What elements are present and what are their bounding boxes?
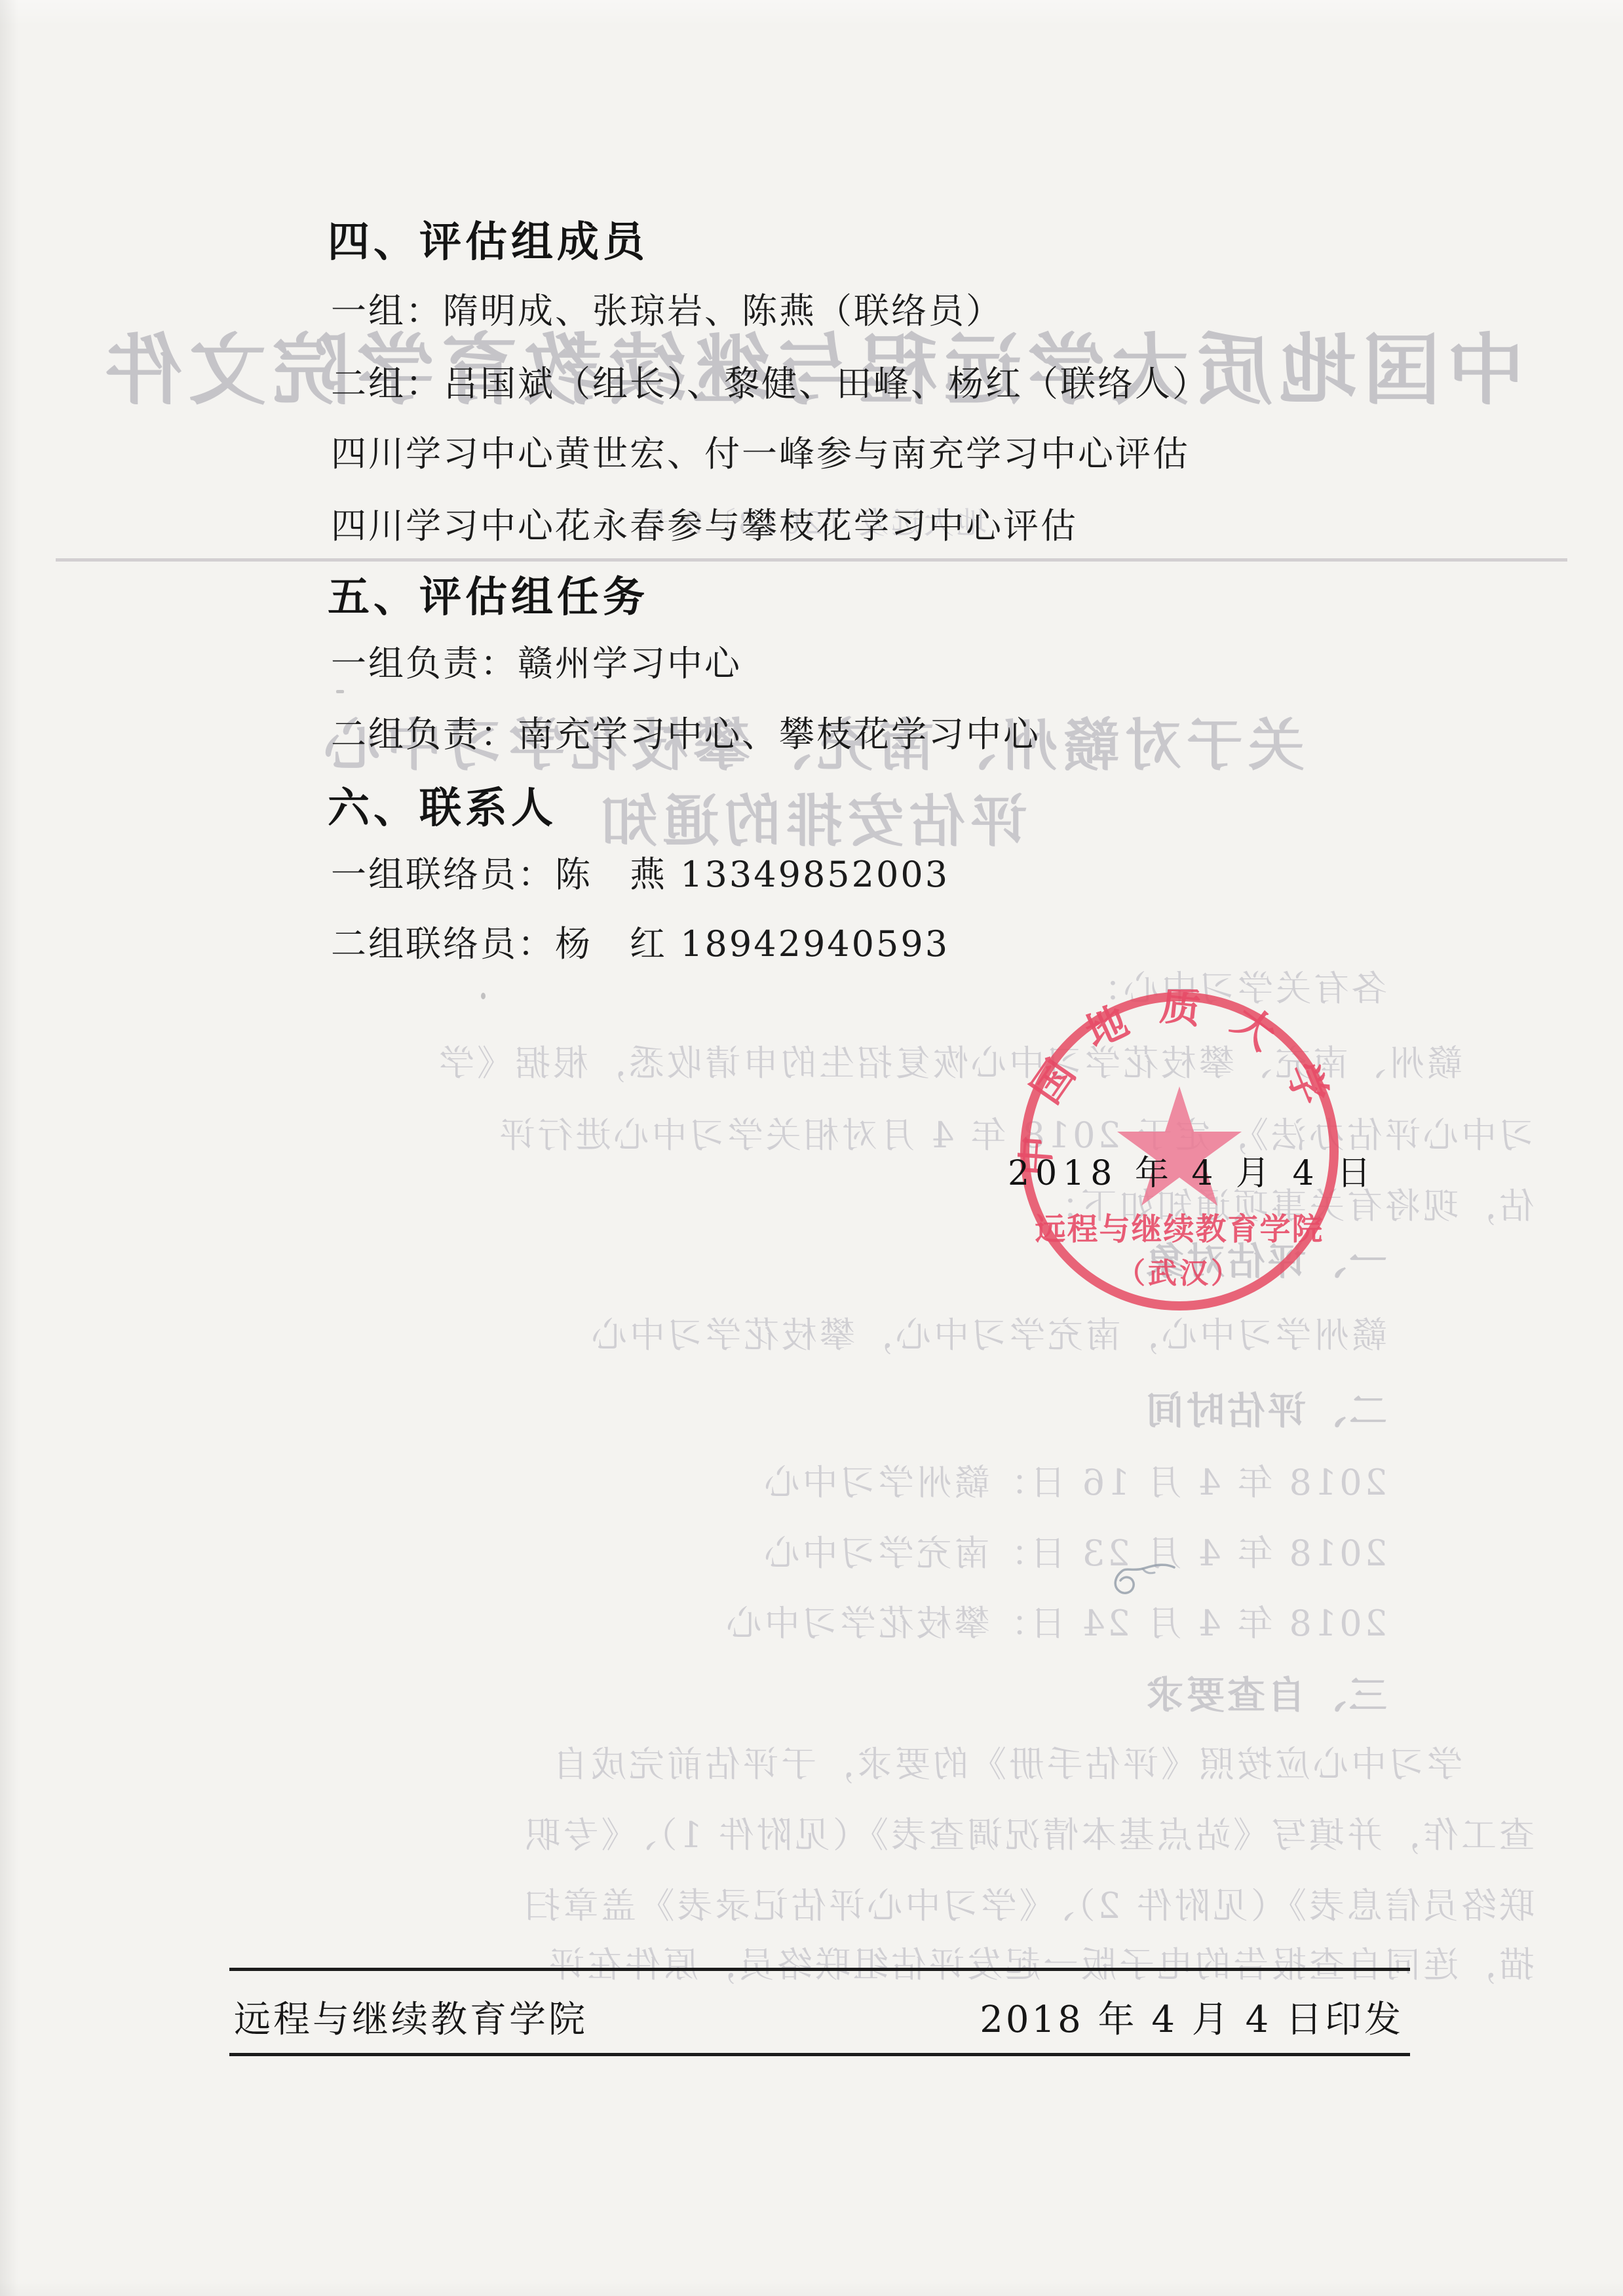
scanned-document-page: { "document": { "sections": [ { "heading… (0, 0, 1623, 2296)
bleed-heading-3: 三、自查要求 (1143, 1664, 1387, 1719)
bleed-heading1-body: 赣州学习中心，南充学习中心，攀枝花学习中心 (589, 1307, 1387, 1358)
section5-line-1: 一组负责：赣州学习中心 (331, 636, 742, 686)
bleed-para2-line4: 描，连同自查报告的电子版一起发评估组联络员，原件在评 (546, 1937, 1535, 1987)
section6-heading: 六、联系人 (328, 775, 557, 835)
section4-line-4: 四川学习中心花永春参与攀枝花学习中心评估 (331, 498, 1078, 548)
footer-issuing-unit: 远程与继续教育学院 (234, 1991, 588, 2043)
bleed-para2-line1: 学习中心应按照《评估手册》的要求，于评估前完成自 (550, 1736, 1462, 1787)
scan-speck (336, 690, 344, 693)
bleed-doc-title-2: 评估安排的通知 (0, 776, 1623, 857)
bleed-time-line2: 2018 年 4 月 23 日：南充学习中心 (762, 1525, 1387, 1576)
pencil-scribble-mark (1106, 1557, 1178, 1603)
section5-heading: 五、评估组任务 (328, 564, 649, 624)
bleed-letterhead-rule (56, 558, 1567, 562)
bleedthrough-layer: 中国地质大学远程与继续教育学院文件 地大远发〔2018〕9 号 关于对赣州、南充… (0, 0, 1623, 2296)
bleed-para2-line2: 查工作，并填写《站点基本情况调查表》（见附件 1）、《专职 (522, 1807, 1535, 1858)
scan-speck (481, 993, 486, 999)
bleed-time-line3: 2018 年 4 月 24 日：攀枝花学习中心 (724, 1596, 1387, 1646)
section6-line-2: 二组联络员：杨 红 18942940593 (331, 916, 949, 966)
section6-line-1: 一组联络员：陈 燕 13349852003 (331, 847, 949, 897)
section5-line-2: 二组负责：南充学习中心、攀枝花学习中心 (331, 706, 1041, 757)
bleed-time-line1: 2018 年 4 月 16 日：赣州学习中心 (762, 1455, 1387, 1505)
section4-line-1: 一组：隋明成、张琼岩、陈燕（联络员） (331, 283, 1003, 334)
bleed-para2-line3: 联络员信息表》（见附件 2）、《学习中心评估记录表》盖章扫 (522, 1878, 1535, 1928)
seal-line1: 远程与继续教育学院 (1035, 1212, 1324, 1248)
footer-rule-top (229, 1968, 1410, 1971)
issue-date: 2018 年 4 月 4 日 (1008, 1145, 1377, 1195)
section4-line-3: 四川学习中心黄世宏、付一峰参与南充学习中心评估 (331, 426, 1190, 476)
section4-line-2: 二组：吕国斌（组长）、黎健、田峰、杨红（联络人） (331, 356, 1210, 406)
scan-edge-shading (0, 0, 1623, 2296)
footer-rule-bottom (229, 2053, 1410, 2056)
section4-heading: 四、评估组成员 (328, 208, 649, 269)
seal-line2: （武汉） (1117, 1257, 1242, 1290)
bleed-heading-2: 二、评估时间 (1143, 1380, 1387, 1435)
footer-print-date: 2018 年 4 月 4 日印发 (970, 1991, 1403, 2043)
